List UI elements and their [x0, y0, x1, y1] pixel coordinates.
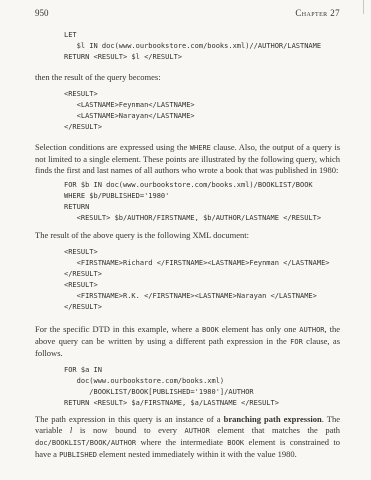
paragraph-xml-result-intro: The result of the above query is the fol…	[35, 230, 340, 241]
code-block-first-result: <RESULT> <LASTNAME>Feynman</LASTNAME> <L…	[64, 89, 340, 133]
code-block-xml-result: <RESULT> <FIRSTNAME>Richard </FIRSTNAME>…	[64, 247, 340, 313]
scan-edge-artifact	[363, 0, 364, 14]
code-block-let-query: LET $l IN doc(www.ourbookstore.com/books…	[64, 30, 340, 63]
code-block-branching-query: FOR $a IN doc(www.ourbookstore.com/books…	[64, 365, 340, 409]
paragraph-selection-conditions: Selection conditions are expressed using…	[35, 142, 340, 176]
chapter-header: Chapter 27	[295, 8, 340, 19]
book-page: 950 Chapter 27 LET $l IN doc(www.ourbook…	[0, 0, 371, 480]
paragraph-result-intro: then the result of the query becomes:	[35, 72, 340, 83]
code-block-for-where-query: FOR $b IN doc(www.ourbookstore.com/books…	[64, 180, 340, 224]
paragraph-branching-path: The path expression in this query is an …	[35, 414, 340, 461]
page-number: 950	[35, 8, 49, 19]
paragraph-dtd-note: For the specific DTD in this example, wh…	[35, 324, 340, 359]
page-header: 950 Chapter 27	[35, 8, 340, 19]
